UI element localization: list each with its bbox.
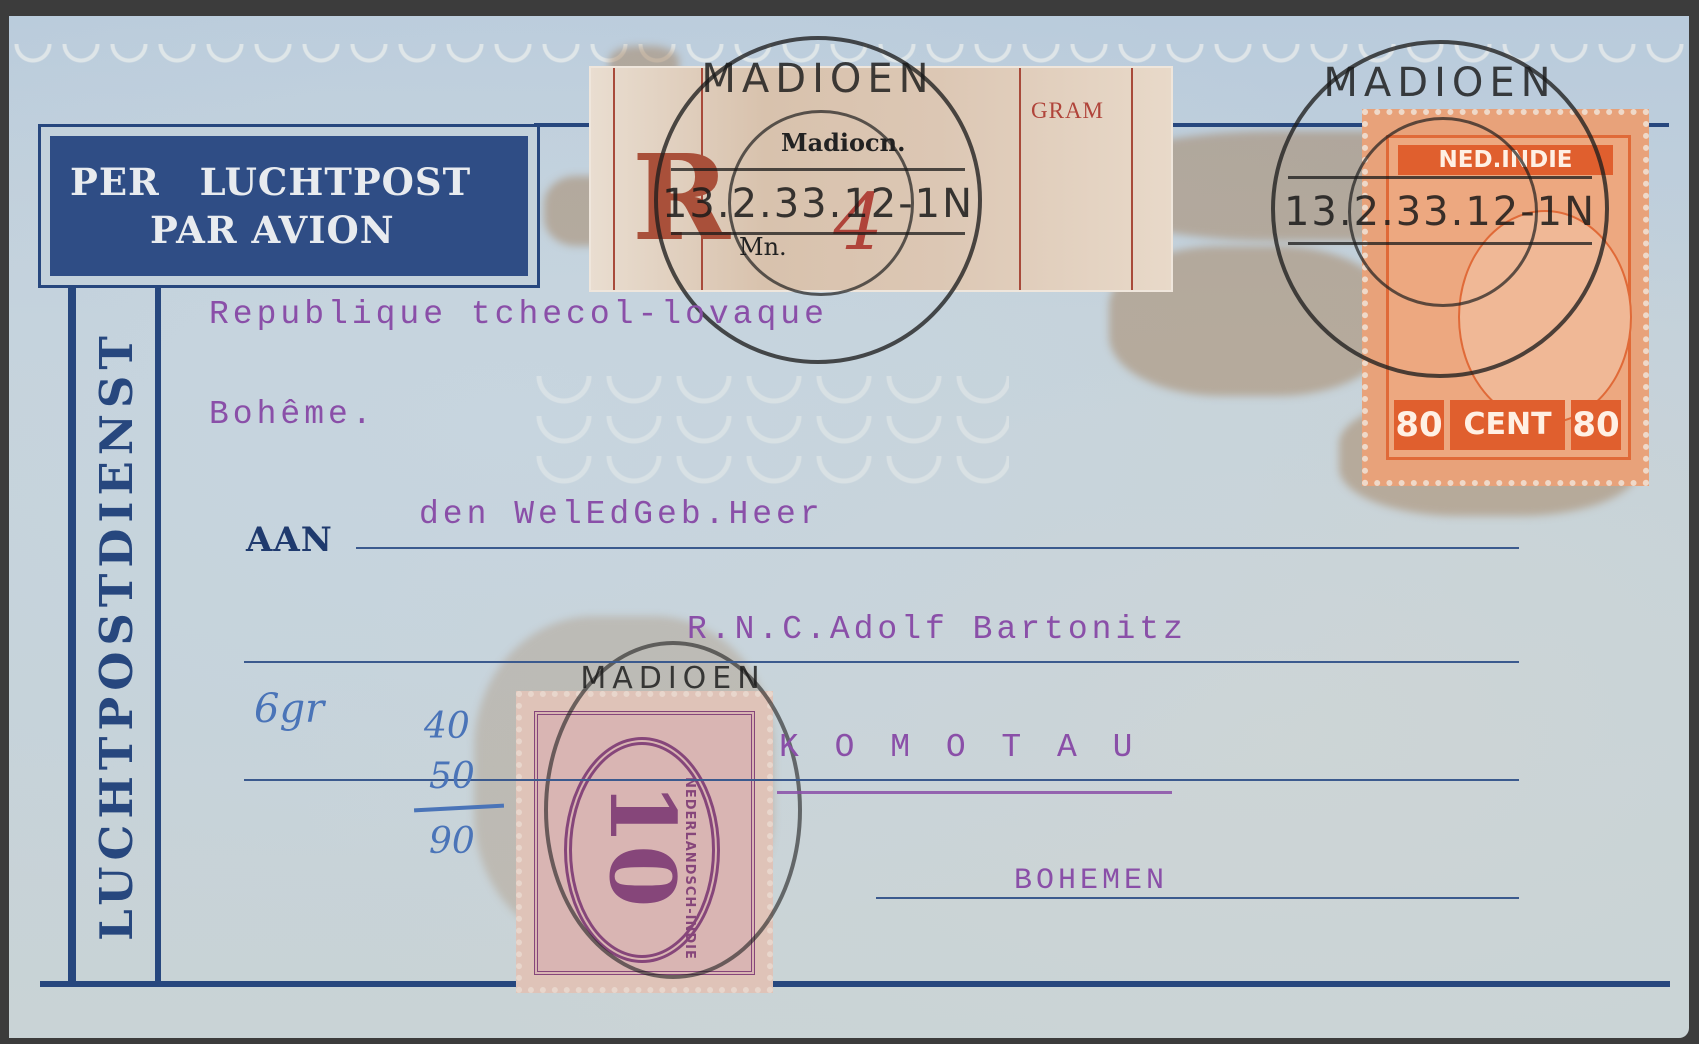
postmark-town: MADIOEN bbox=[548, 661, 798, 696]
side-band-border-left bbox=[68, 288, 76, 983]
airmail-envelope: PER LUCHTPOST PAR AVION LUCHTPOSTDIENST … bbox=[9, 16, 1689, 1038]
watermark-cloud-pattern bbox=[529, 376, 1009, 496]
postmark-date: 13.2.33.12-1N bbox=[658, 181, 978, 227]
address-line-rule bbox=[356, 547, 1519, 549]
airmail-label-line2: PAR AVION bbox=[50, 208, 528, 252]
address-line2: R.N.C.Adolf Bartonitz bbox=[687, 611, 1187, 648]
address-line-rule bbox=[244, 661, 1519, 663]
postmark: MADIOEN bbox=[544, 641, 802, 979]
postmark-town: MADIOEN bbox=[1275, 60, 1605, 106]
registration-weight-field: GRAM bbox=[1031, 98, 1104, 124]
handwritten-weight: 6gr bbox=[254, 686, 324, 732]
stamp-unit: CENT bbox=[1450, 400, 1565, 450]
stamp-value: 80 bbox=[1571, 400, 1621, 450]
side-band: LUCHTPOSTDIENST bbox=[77, 288, 155, 983]
destination-note-line2: Bohême. bbox=[209, 396, 376, 433]
address-prefix-label: AAN bbox=[246, 520, 333, 560]
city-underline bbox=[777, 791, 1172, 794]
postmark-date: 13.2.33.12-1N bbox=[1275, 189, 1605, 235]
address-line4: BOHEMEN bbox=[1014, 864, 1168, 898]
stamp-value: 80 bbox=[1394, 400, 1444, 450]
side-band-text: LUCHTPOSTDIENST bbox=[90, 330, 143, 941]
postmark: MADIOEN 13.2.33.12-1N bbox=[1271, 40, 1609, 378]
postmark-town: MADIOEN bbox=[658, 56, 978, 102]
side-band-border-right bbox=[155, 288, 161, 983]
bottom-rule bbox=[40, 981, 1670, 987]
handwritten-total: 90 bbox=[429, 821, 475, 862]
airmail-label: PER LUCHTPOST PAR AVION bbox=[38, 124, 540, 288]
address-line-rule bbox=[876, 897, 1519, 899]
address-line3: K O M O T A U bbox=[779, 729, 1140, 766]
handwritten-amount1: 40 bbox=[424, 706, 470, 747]
address-line1: den WelEdGeb.Heer bbox=[419, 496, 824, 533]
destination-note-line1: Republique tchecol-lovaque bbox=[209, 296, 828, 333]
airmail-label-line1: PER LUCHTPOST bbox=[50, 160, 528, 204]
handwritten-amount2: 50 bbox=[429, 756, 475, 797]
